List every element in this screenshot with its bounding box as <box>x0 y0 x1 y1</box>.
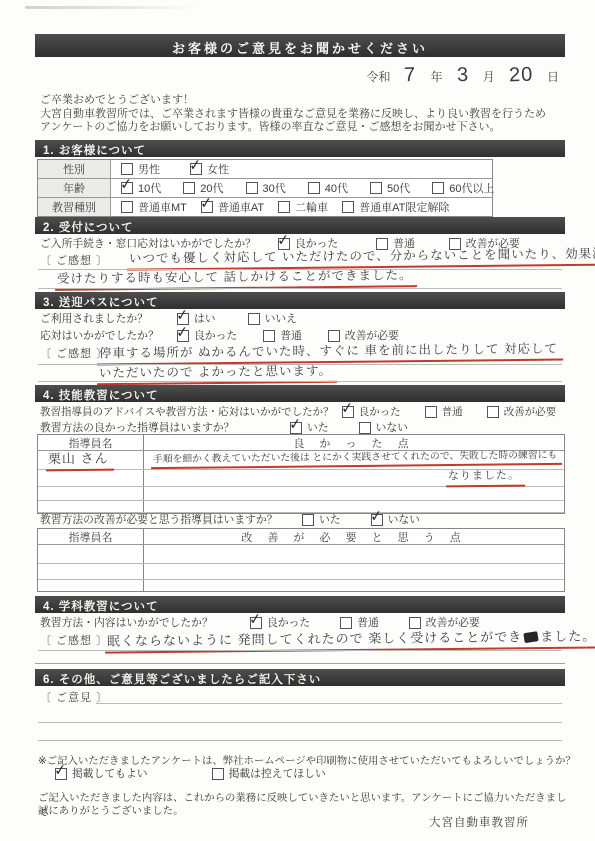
checkbox-option-age40s[interactable]: 40代 <box>308 180 348 196</box>
checkbox-option-yes[interactable]: いた <box>302 512 341 527</box>
checkbox-option-at-limit-removal[interactable]: 普通車AT限定解除 <box>342 199 449 215</box>
table-row <box>38 545 564 564</box>
ruled-line <box>38 740 562 741</box>
section3-header: 3. 送迎バスについて <box>35 292 565 309</box>
column-header-instructor-name: 指導員名 <box>38 529 144 544</box>
option-label: 掲載してもよい <box>72 766 148 781</box>
year-value-handwritten: 7 <box>404 64 417 87</box>
scribbled-out-text <box>524 631 539 643</box>
checkbox-option-do-not-publish[interactable]: 掲載は控えてほしい <box>212 766 326 781</box>
checkbox-option-age30s[interactable]: 30代 <box>246 180 286 196</box>
checkbox-icon[interactable] <box>340 617 352 629</box>
checkbox-icon[interactable] <box>201 201 213 213</box>
table-row <box>38 580 564 591</box>
option-label: いない <box>388 512 420 527</box>
ruled-line <box>38 269 562 270</box>
option-label: いない <box>376 420 408 435</box>
row-label: 教習種別 <box>38 198 111 216</box>
feedback-label: 〔 ご感想 〕 <box>40 252 108 268</box>
row-label: 性別 <box>38 160 111 178</box>
checkbox-icon[interactable] <box>487 406 499 418</box>
table-header-row: 指導員名 改 善 が 必 要 と 思 う 点 <box>38 529 564 545</box>
checkbox-icon[interactable] <box>308 182 320 194</box>
checkbox-option-none[interactable]: いない <box>371 512 420 527</box>
good-instructor-table: 指導員名 良 か っ た 点 栗山 さん 手順を細かく教えていただいた後は とに… <box>37 434 565 514</box>
checkbox-icon[interactable] <box>425 406 437 418</box>
option-label: 40代 <box>325 180 348 196</box>
checkbox-option-age60plus[interactable]: 60代以上 <box>432 180 494 196</box>
option-label: 女性 <box>207 161 229 177</box>
intro-line: ご卒業おめでとうございます！ <box>40 94 565 108</box>
improve-instructor-question-row: 教習方法の改善が必要と思う指導員はいますか？ いた いない <box>40 512 420 527</box>
improve-instructor-table: 指導員名 改 善 が 必 要 と 思 う 点 <box>37 528 565 592</box>
section4-header: 4. 技能教習について <box>35 385 565 402</box>
checkbox-icon[interactable] <box>290 422 302 434</box>
checkbox-option-mt[interactable]: 普通車MT <box>121 199 187 215</box>
date-row: 令和 7 年 3 月 20 日 <box>290 64 565 87</box>
year-unit: 年 <box>431 68 443 85</box>
checkbox-icon[interactable] <box>248 313 260 325</box>
table-row-course-type: 教習種別 普通車MT 普通車AT 二輪車 普通車AT限定解除 <box>38 198 492 216</box>
option-label: 男性 <box>138 161 160 177</box>
checkbox-icon[interactable] <box>190 163 202 175</box>
checkbox-option-normal[interactable]: 普通 <box>425 404 463 419</box>
ruled-line <box>38 288 562 289</box>
table-row <box>38 564 564 580</box>
day-unit: 日 <box>547 68 559 85</box>
question-text: 教習方法・内容はいかがでしたか？ <box>40 615 250 630</box>
column-header-improvement-points: 改 善 が 必 要 と 思 う 点 <box>144 529 564 545</box>
checkbox-icon[interactable] <box>328 330 340 342</box>
good-instructor-question-row: 教習方法の良かった指導員はいますか？ いた いない <box>40 420 408 435</box>
checkbox-icon[interactable] <box>212 768 224 780</box>
option-label: いた <box>319 512 341 527</box>
section6-header: 6. その他、ご意見等ございましたらご記入下さい <box>35 669 565 686</box>
handwritten-text: 眠くならないように 発問してくれたので 楽しく受けることができ <box>107 629 522 648</box>
checkbox-option-may-publish[interactable]: 掲載してもよい <box>55 766 148 781</box>
publication-permission-options: 掲載してもよい 掲載は控えてほしい <box>55 766 326 781</box>
option-label: 二輪車 <box>295 199 328 215</box>
checkbox-option-needs-improvement[interactable]: 改善が必要 <box>487 404 557 419</box>
checkbox-icon[interactable] <box>121 182 133 194</box>
option-label: 改善が必要 <box>504 404 557 419</box>
customer-info-table: 性別 男性 女性 年齢 10代 20代 30代 40代 50代 60代以上 教習… <box>37 159 493 217</box>
intro-paragraph: ご卒業おめでとうございます！ 大宮自動車教習所では、ご卒業されます皆様の貴重なご… <box>40 94 565 135</box>
checkbox-option-no[interactable]: いいえ <box>248 311 297 326</box>
option-label: 普通車MT <box>138 199 187 215</box>
option-label: 良かった <box>194 328 237 343</box>
ruled-line <box>38 650 562 651</box>
feedback-label: 〔 ご感想 〕 <box>40 632 108 648</box>
bus-used-question-row: ご利用されましたか？ はい いいえ <box>40 311 297 326</box>
option-label: いた <box>307 420 329 435</box>
question-text: 応対はいかがでしたか？ <box>40 328 177 343</box>
checkbox-icon[interactable] <box>250 617 262 629</box>
checkbox-option-age10s[interactable]: 10代 <box>121 180 161 196</box>
publication-permission-question: ※ご記入いただきましたアンケートは、弊社ホームページや印刷物に使用させていただい… <box>38 752 570 767</box>
ruled-line <box>38 722 562 723</box>
school-signature: 大宮自動車教習所 <box>429 814 529 830</box>
question-text: 教習方法の良かった指導員はいますか？ <box>40 420 290 435</box>
checkbox-icon[interactable] <box>342 201 354 213</box>
checkbox-icon[interactable] <box>359 422 371 434</box>
option-label: 普通 <box>442 404 463 419</box>
option-label: 普通車AT <box>218 199 264 215</box>
table-row <box>38 487 564 501</box>
checkbox-icon[interactable] <box>121 201 133 213</box>
option-label: はい <box>194 311 216 326</box>
option-label: 50代 <box>387 180 410 196</box>
survey-form-page: お客様のご意見をお聞かせください 令和 7 年 3 月 20 日 ご卒業おめでと… <box>0 0 595 841</box>
month-unit: 月 <box>483 68 495 85</box>
day-value-handwritten: 20 <box>508 64 533 88</box>
option-label: 良かった <box>359 404 401 419</box>
checkbox-icon[interactable] <box>263 330 275 342</box>
checkbox-icon[interactable] <box>246 182 258 194</box>
intro-line: アンケートのご協力をお願いしております。皆様の率直なご意見・ご感想をお聞かせ下さ… <box>40 121 565 135</box>
checkbox-icon[interactable] <box>371 514 383 526</box>
checkbox-option-none[interactable]: いない <box>359 420 408 435</box>
checkbox-icon[interactable] <box>55 768 67 780</box>
separator-line <box>35 663 565 664</box>
checkbox-icon[interactable] <box>370 182 382 194</box>
question-text: 教習方法の改善が必要と思う指導員はいますか？ <box>40 512 302 527</box>
checkbox-option-at[interactable]: 普通車AT <box>201 199 264 215</box>
table-row-gender: 性別 男性 女性 <box>38 160 492 179</box>
ruled-line <box>38 381 562 382</box>
checkbox-icon[interactable] <box>177 330 189 342</box>
option-label: 60代以上 <box>449 180 494 196</box>
option-label: いいえ <box>265 311 297 326</box>
option-label: 30代 <box>263 180 286 196</box>
checkbox-icon[interactable] <box>278 201 290 213</box>
intro-line: 大宮自動車教習所では、ご卒業されます皆様の貴重なご意見を業務に反映し、より良い教… <box>40 108 565 122</box>
option-label: 掲載は控えてほしい <box>229 766 326 781</box>
checkbox-option-yes[interactable]: いた <box>290 420 329 435</box>
ruled-line <box>38 364 562 365</box>
checkbox-option-good[interactable]: 良かった <box>342 404 401 419</box>
option-label: 10代 <box>138 180 161 196</box>
checkbox-icon[interactable] <box>121 163 133 175</box>
era-label: 令和 <box>366 68 390 85</box>
handwritten-instructor-name: 栗山 さん <box>46 448 114 472</box>
table-row-age: 年齢 10代 20代 30代 40代 50代 60代以上 <box>38 179 492 198</box>
ruled-line <box>96 703 562 704</box>
month-value-handwritten: 3 <box>456 64 469 87</box>
checkbox-option-age50s[interactable]: 50代 <box>370 180 410 196</box>
row-label: 年齢 <box>38 179 111 197</box>
checkbox-option-motorcycle[interactable]: 二輪車 <box>278 199 328 215</box>
section1-header: 1. お客様について <box>35 140 565 157</box>
checkbox-option-good[interactable]: 良かった <box>177 328 237 343</box>
scan-artifact <box>25 6 200 9</box>
checkbox-option-female[interactable]: 女性 <box>190 161 229 177</box>
handwritten-good-points-line: なりました。 <box>446 467 525 488</box>
handwritten-text: ました。 <box>540 628 595 644</box>
checkbox-icon[interactable] <box>183 182 195 194</box>
question-text: ご利用されましたか？ <box>40 311 177 326</box>
section2-header: 2. 受付について <box>35 217 565 234</box>
option-label: 普通車AT限定解除 <box>359 199 449 215</box>
checkbox-icon[interactable] <box>302 514 314 526</box>
section5-header: 4. 学科教習について <box>35 596 565 613</box>
form-title: お客様のご意見をお聞かせください <box>35 34 565 57</box>
checkbox-icon[interactable] <box>342 406 354 418</box>
checkbox-icon[interactable] <box>432 182 444 194</box>
